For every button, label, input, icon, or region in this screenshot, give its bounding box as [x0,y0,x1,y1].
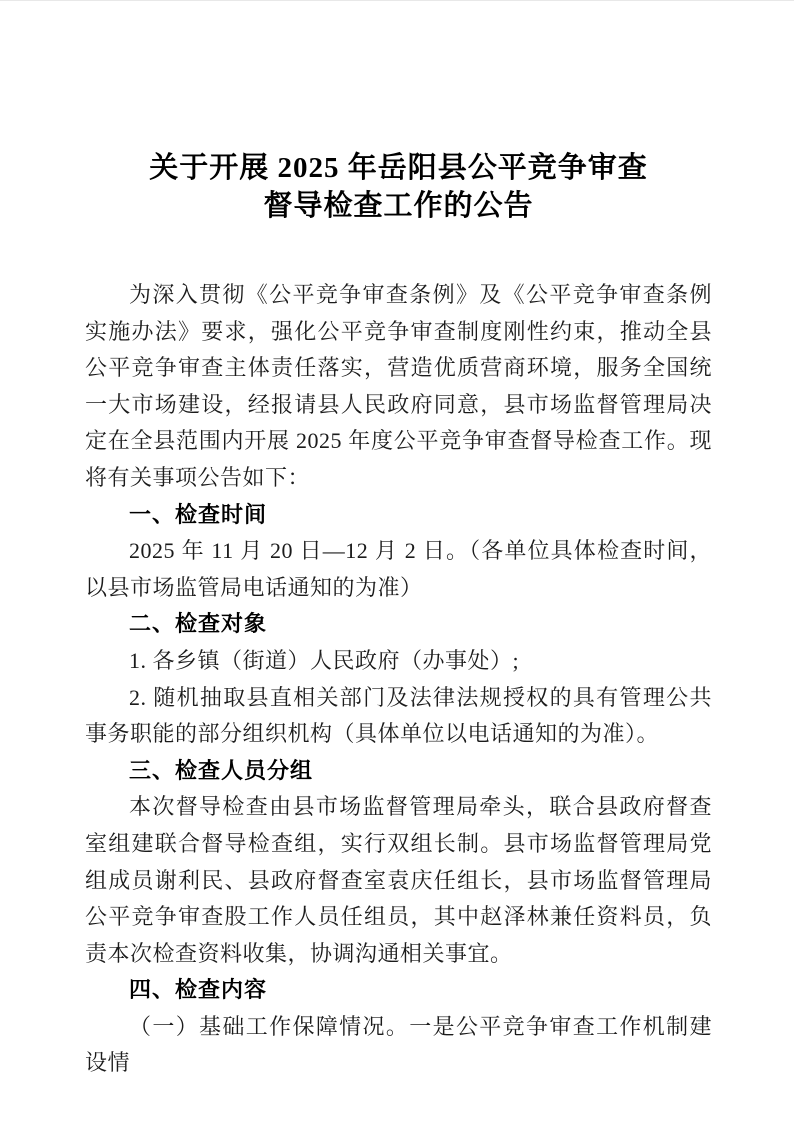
document-title: 关于开展 2025 年岳阳县公平竞争审查 督导检查工作的公告 [85,149,712,225]
section-heading-inspection-targets: 二、检查对象 [85,606,712,643]
paragraph-target-item-2: 2. 随机抽取县直相关部门及法律法规授权的具有管理公共事务职能的部分组织机构（具… [85,680,712,753]
document-title-line1: 关于开展 2025 年岳阳县公平竞争审查 [85,149,712,187]
paragraph-inspection-content-truncated: （一）基础工作保障情况。一是公平竞争审查工作机制建设情 [85,1009,712,1082]
document-title-line2: 督导检查工作的公告 [85,187,712,225]
document-page: 关于开展 2025 年岳阳县公平竞争审查 督导检查工作的公告 为深入贯彻《公平竞… [0,0,794,1130]
intro-paragraph: 为深入贯彻《公平竞争审查条例》及《公平竞争审查条例实施办法》要求，强化公平竞争审… [85,277,712,497]
section-heading-inspection-content: 四、检查内容 [85,972,712,1009]
paragraph-inspection-time: 2025 年 11 月 20 日—12 月 2 日。（各单位具体检查时间，以县市… [85,533,712,606]
section-heading-personnel-grouping: 三、检查人员分组 [85,753,712,790]
section-heading-inspection-time: 一、检查时间 [85,497,712,534]
paragraph-target-item-1: 1. 各乡镇（街道）人民政府（办事处）; [85,643,712,680]
paragraph-personnel-grouping: 本次督导检查由县市场监督管理局牵头，联合县政府督查室组建联合督导检查组，实行双组… [85,789,712,972]
document-body: 为深入贯彻《公平竞争审查条例》及《公平竞争审查条例实施办法》要求，强化公平竞争审… [85,277,712,1082]
